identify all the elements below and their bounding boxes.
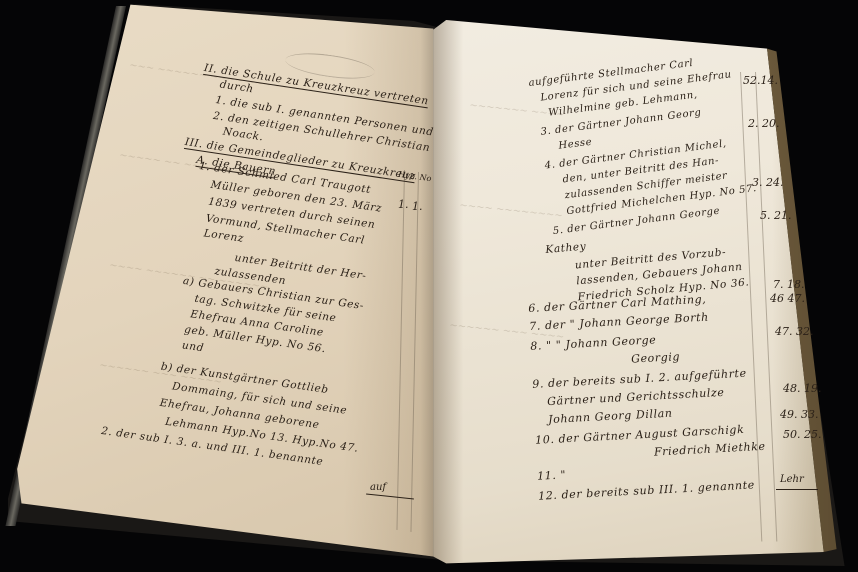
handwritten-line: 11. ": [537, 468, 567, 483]
amount-value: 5. 21.: [760, 209, 792, 222]
signoff-text: Lehr: [780, 474, 804, 485]
amount-value: 50. 25.: [783, 428, 821, 441]
amount-value: 7. 18.: [773, 278, 805, 291]
amount-value: 49. 33.: [780, 408, 818, 421]
signoff-underline: [776, 489, 818, 490]
signoff-text: auf: [370, 482, 386, 493]
amount-value: 47. 32.: [775, 325, 813, 338]
amount-value: 2. 20.: [748, 117, 780, 130]
column-value: 1.: [398, 198, 409, 211]
amount-value: 48. 19.: [783, 382, 821, 395]
amount-value: 46 47.: [770, 292, 805, 305]
amount-value: 52.14.: [743, 74, 778, 87]
amount-value: 3. 24.: [752, 176, 784, 189]
column-value: 1.: [412, 200, 423, 213]
book-photo: ~~~ ~~~~~~ ~~~~ ~~~~~ ~~~ ~~~~~ ~~ ~~~~~…: [0, 0, 858, 572]
handwritten-line: Georgig: [631, 350, 681, 366]
